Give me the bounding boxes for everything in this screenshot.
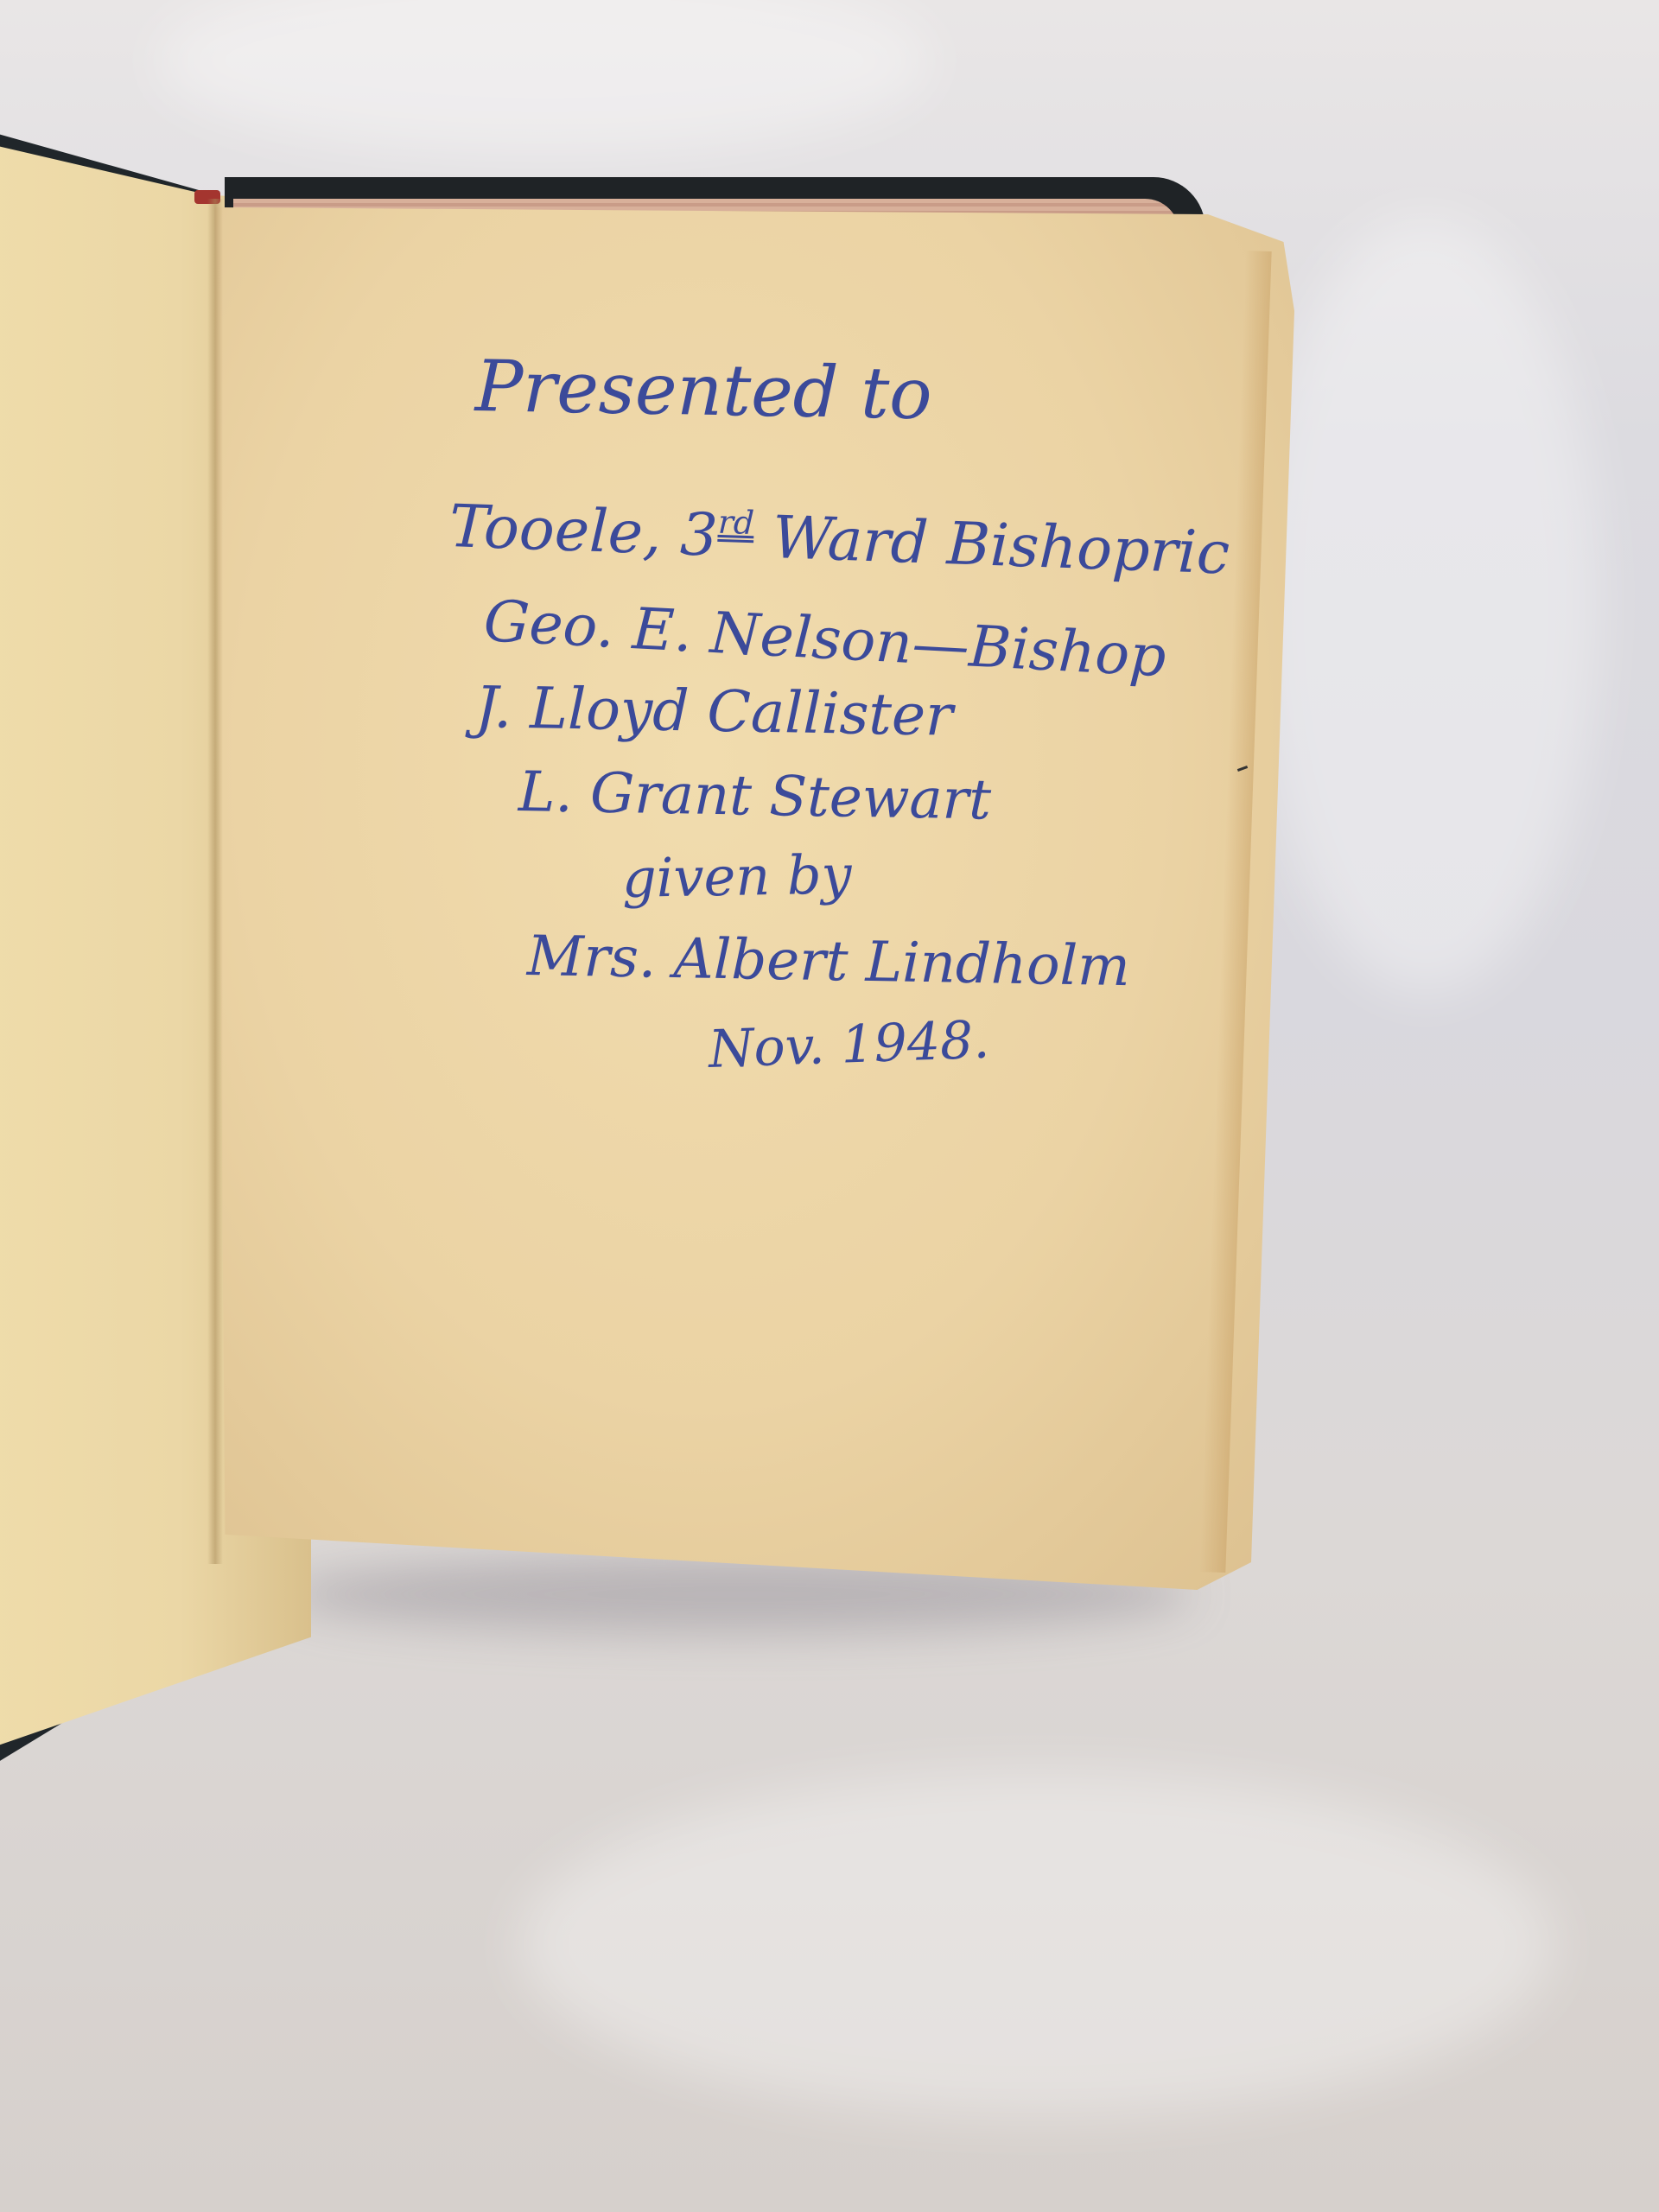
inscription-line-given-by: given by (621, 842, 852, 910)
inscription-line-counselor-2: L. Grant Stewart (518, 760, 991, 833)
backdrop-fold (1253, 216, 1599, 994)
inscription-line-counselor-1: J. Lloyd Callister (474, 674, 953, 749)
backdrop-fold (518, 1771, 1555, 2117)
gutter-shadow (207, 199, 223, 1564)
inscription-line-donor: Mrs. Albert Lindholm (526, 925, 1130, 999)
inscription-ordinal: rd (717, 503, 754, 542)
inscription-ward-prefix: Tooele, 3 (448, 493, 719, 570)
inscription-line-presented: Presented to (474, 346, 932, 435)
inscription-line-date: Nov. 1948. (708, 1010, 991, 1080)
backdrop-fold (156, 0, 933, 156)
